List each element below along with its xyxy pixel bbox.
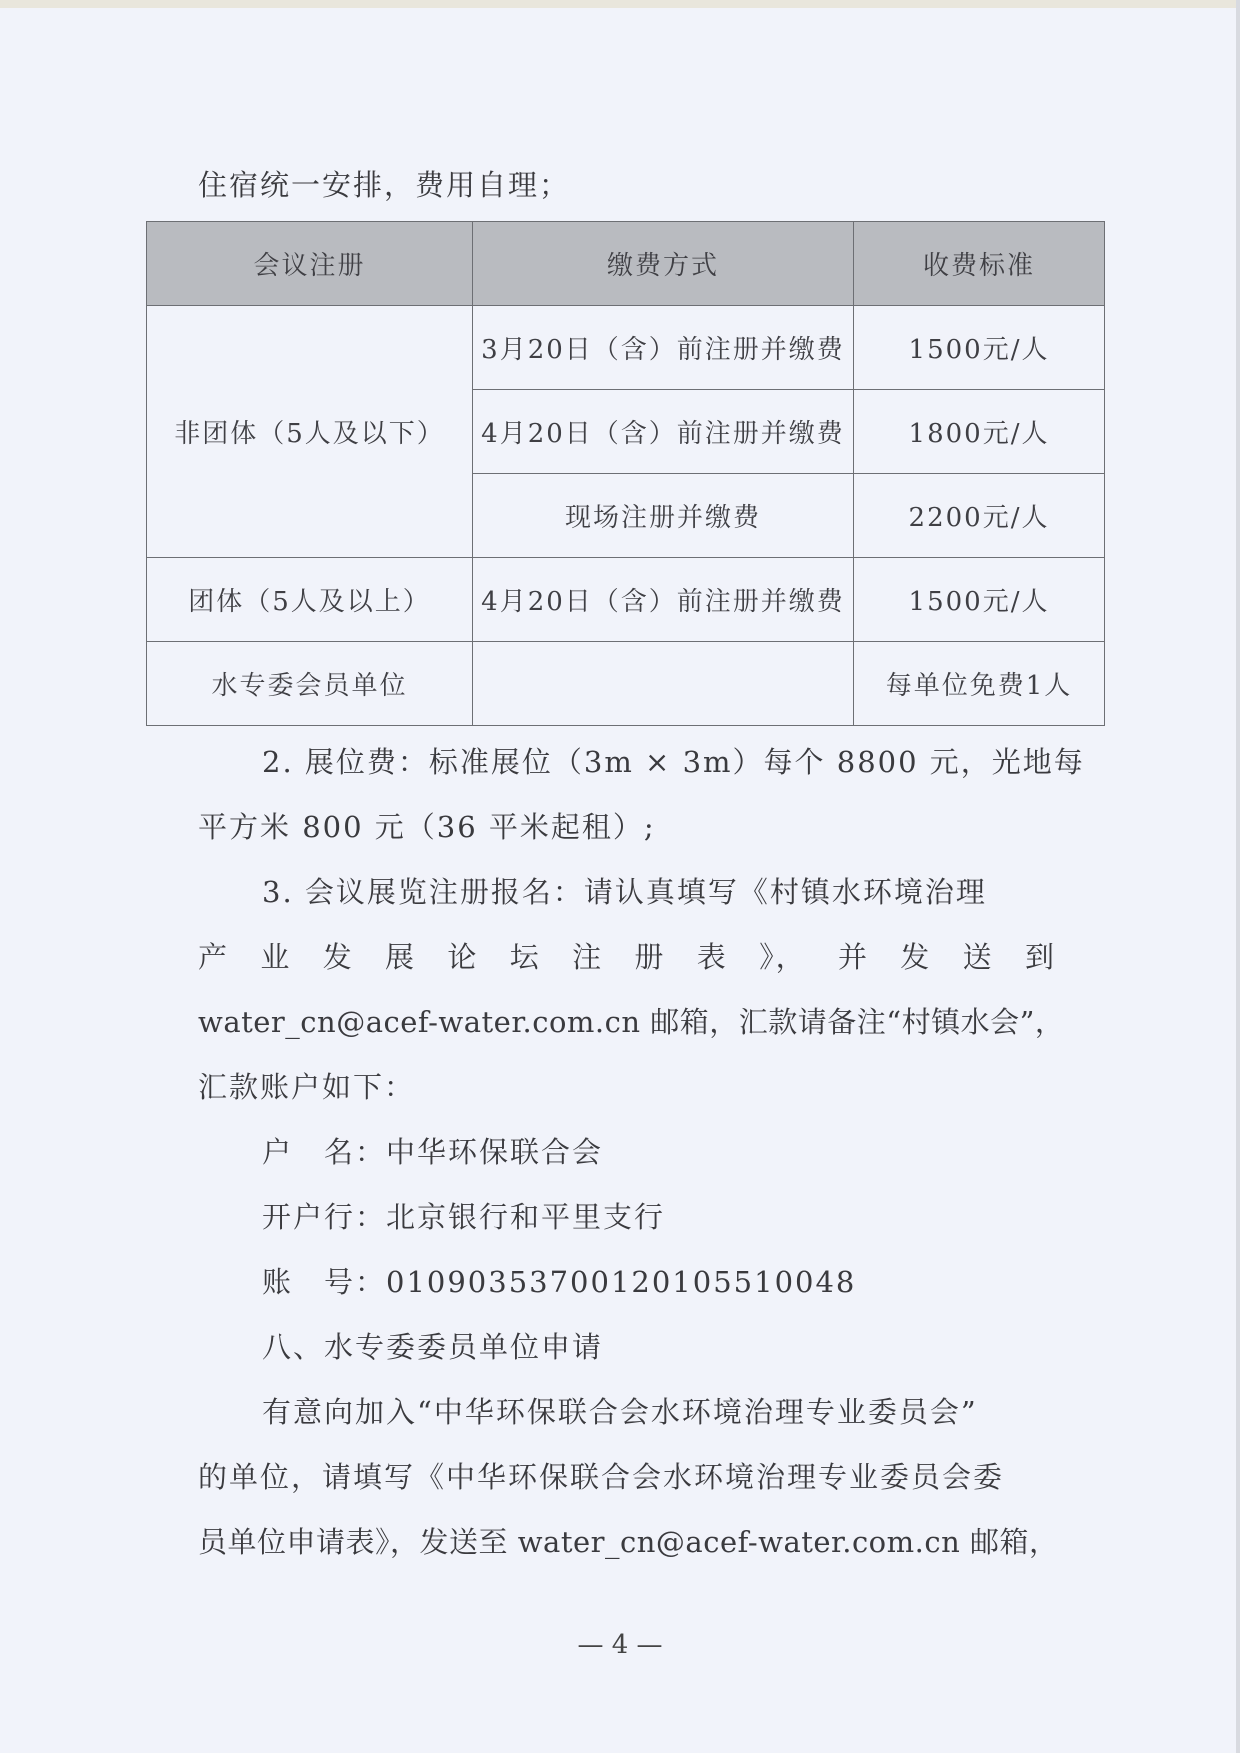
table-row: 团体（5人及以上） 4月20日（含）前注册并缴费 1500元/人 [147, 558, 1105, 642]
char: 到 [1025, 937, 1056, 977]
membership-line-2: 的单位，请填写《中华环保联合会水环境治理专业委员会委 [198, 1457, 1004, 1497]
header-registration: 会议注册 [147, 222, 473, 306]
char: 产 [198, 937, 229, 977]
category-cell: 非团体（5人及以下） [147, 306, 473, 558]
account-number: 账 号：01090353700120105510048 [262, 1262, 856, 1302]
char: 》， [759, 937, 807, 977]
category-cell: 团体（5人及以上） [147, 558, 473, 642]
char: 业 [260, 937, 291, 977]
section-heading: 八、水专委委员单位申请 [262, 1327, 603, 1367]
registration-line-3: water_cn@acef-water.com.cn 邮箱，汇款请备注“村镇水会… [198, 1002, 1064, 1042]
char: 表 [697, 937, 728, 977]
char: 展 [385, 937, 416, 977]
header-payment-method: 缴费方式 [473, 222, 854, 306]
table-header-row: 会议注册 缴费方式 收费标准 [147, 222, 1105, 306]
intro-line: 住宿统一安排，费用自理； [198, 165, 570, 205]
registration-line-4: 汇款账户如下： [198, 1067, 415, 1107]
method-cell [473, 642, 854, 726]
char: 发 [323, 937, 354, 977]
registration-line-1: 3. 会议展览注册报名：请认真填写《村镇水环境治理 [262, 872, 987, 912]
table-row: 非团体（5人及以下） 3月20日（含）前注册并缴费 1500元/人 [147, 306, 1105, 390]
page-number: — 4 — [0, 1630, 1240, 1660]
char: 论 [447, 937, 478, 977]
char: 并 [838, 937, 869, 977]
table-row: 水专委会员单位 每单位免费1人 [147, 642, 1105, 726]
category-cell: 水专委会员单位 [147, 642, 473, 726]
membership-line-1: 有意向加入“中华环保联合会水环境治理专业委员会” [262, 1392, 978, 1432]
char: 发 [900, 937, 931, 977]
char: 坛 [510, 937, 541, 977]
account-bank: 开户行：北京银行和平里支行 [262, 1197, 665, 1237]
method-cell: 4月20日（含）前注册并缴费 [473, 390, 854, 474]
price-cell: 2200元/人 [854, 474, 1105, 558]
booth-fee-line-1: 2. 展位费：标准展位（3m × 3m）每个 8800 元，光地每 [262, 742, 1085, 782]
char: 注 [572, 937, 603, 977]
header-fee-standard: 收费标准 [854, 222, 1105, 306]
booth-fee-line-2: 平方米 800 元（36 平米起租）; [198, 807, 656, 847]
registration-line-2: 产 业 发 展 论 坛 注 册 表 》， 并 发 送 到 [198, 937, 1056, 977]
account-name: 户 名：中华环保联合会 [262, 1132, 603, 1172]
page-right-edge [1236, 0, 1240, 1753]
char: 送 [963, 937, 994, 977]
method-cell: 4月20日（含）前注册并缴费 [473, 558, 854, 642]
membership-line-3: 员单位申请表》，发送至 water_cn@acef-water.com.cn 邮… [198, 1522, 1059, 1562]
char: 册 [634, 937, 665, 977]
page-top-edge [0, 0, 1240, 8]
price-cell: 每单位免费1人 [854, 642, 1105, 726]
price-cell: 1500元/人 [854, 558, 1105, 642]
method-cell: 现场注册并缴费 [473, 474, 854, 558]
price-cell: 1500元/人 [854, 306, 1105, 390]
method-cell: 3月20日（含）前注册并缴费 [473, 306, 854, 390]
fee-table: 会议注册 缴费方式 收费标准 非团体（5人及以下） 3月20日（含）前注册并缴费… [146, 221, 1105, 726]
price-cell: 1800元/人 [854, 390, 1105, 474]
